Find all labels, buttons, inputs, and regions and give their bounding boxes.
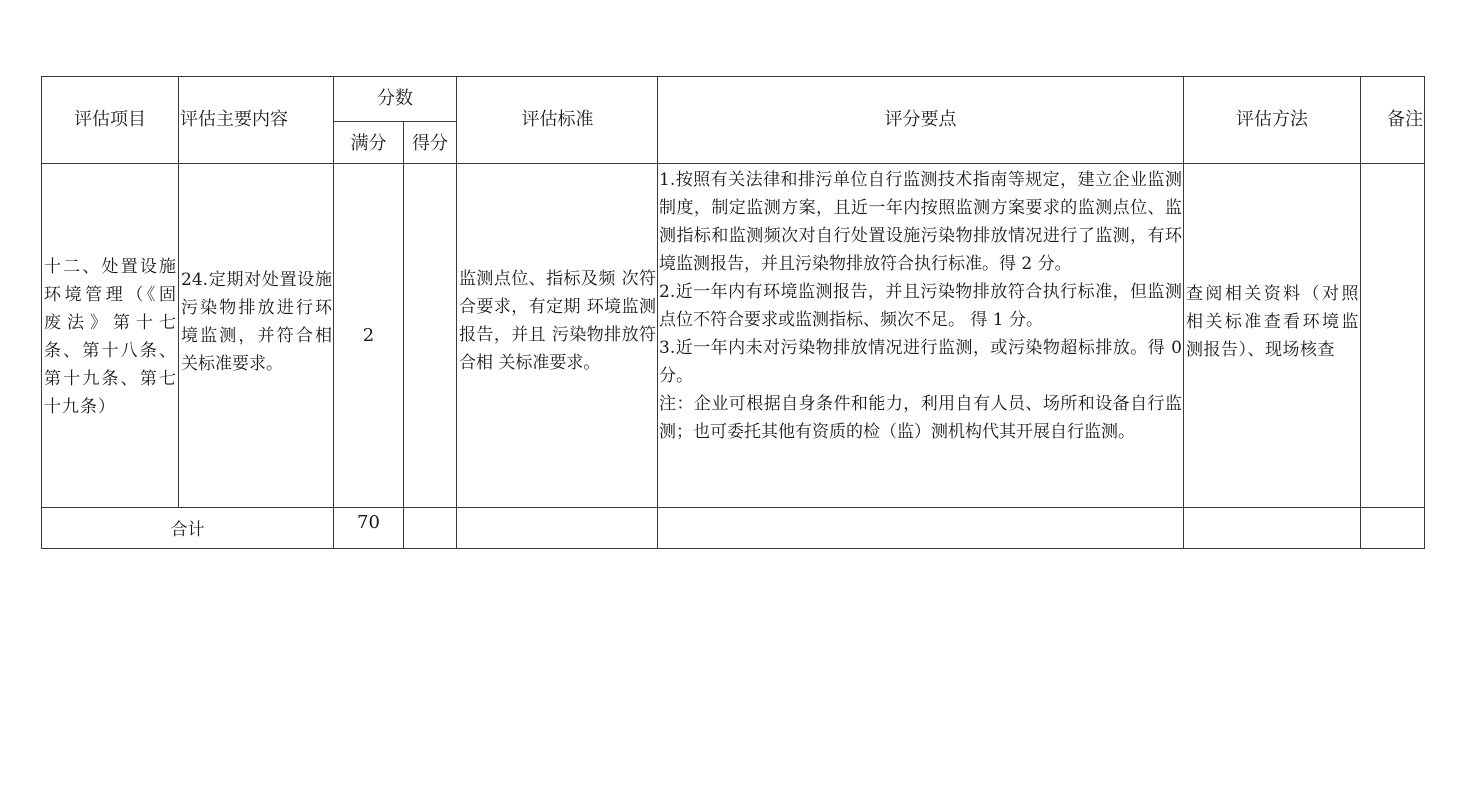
header-score-group: 分数	[334, 77, 456, 121]
row-key-points: 1.按照有关法律和排污单位自行监测技术指南等规定，建立企业监测制度，制定监测方案…	[658, 166, 1183, 507]
header-got-score: 得分	[404, 124, 456, 163]
row-item-cell: 十二、处置设施环境管理（《固废法》第十七条、第十八条、第十九条、第七十九条）	[42, 164, 178, 507]
col-divider-8	[1424, 76, 1425, 549]
header-method: 评估方法	[1184, 77, 1360, 163]
total-got-score	[404, 508, 456, 548]
row-method: 查阅相关资料（对照相关标准查看环境监测报告）、现场核查	[1186, 280, 1359, 364]
header-key-points: 评分要点	[658, 77, 1183, 163]
table-border-bottom	[41, 548, 1425, 549]
score-subheader-divider	[333, 121, 456, 122]
row-standard: 监测点位、指标及频 次符合要求，有定期 环境监测报告，并且 污染物排放符合相 关…	[459, 265, 656, 377]
total-method	[1184, 508, 1360, 548]
row-standard-cell: 监测点位、指标及频 次符合要求，有定期 环境监测报告，并且 污染物排放符合相 关…	[457, 164, 657, 507]
key-point-3: 3.近一年内未对污染物排放情况进行监测，或污染物超标排放。得 0 分。	[659, 334, 1182, 390]
header-full-score: 满分	[334, 124, 403, 163]
row-content-cell: 24.定期对处置设施污染物排放进行环境监测，并符合相关标准要求。	[179, 164, 333, 507]
header-content: 评估主要内容	[179, 77, 333, 163]
total-label: 合计	[42, 508, 333, 548]
row-remark	[1361, 164, 1424, 507]
row-method-cell: 查阅相关资料（对照相关标准查看环境监测报告）、现场核查	[1184, 164, 1360, 507]
total-standard	[457, 508, 657, 548]
header-item: 评估项目	[42, 77, 178, 163]
key-point-1: 1.按照有关法律和排污单位自行监测技术指南等规定，建立企业监测制度，制定监测方案…	[659, 166, 1182, 278]
row-full-score: 2	[334, 164, 403, 507]
total-remark	[1361, 508, 1424, 548]
row-content: 24.定期对处置设施污染物排放进行环境监测，并符合相关标准要求。	[181, 266, 332, 378]
header-remark: 备注	[1361, 77, 1424, 163]
total-full-score: 70	[334, 508, 403, 548]
total-key-points	[658, 508, 1183, 548]
row-item: 十二、处置设施环境管理（《固废法》第十七条、第十八条、第十九条、第七十九条）	[44, 253, 177, 421]
key-point-2: 2.近一年内有环境监测报告，并且污染物排放符合执行标准，但监测点位不符合要求或监…	[659, 278, 1182, 334]
row-got-score	[404, 164, 456, 507]
header-standard: 评估标准	[458, 77, 657, 163]
key-point-note: 注：企业可根据自身条件和能力，利用自有人员、场所和设备自行监测；也可委托其他有资…	[659, 390, 1182, 446]
